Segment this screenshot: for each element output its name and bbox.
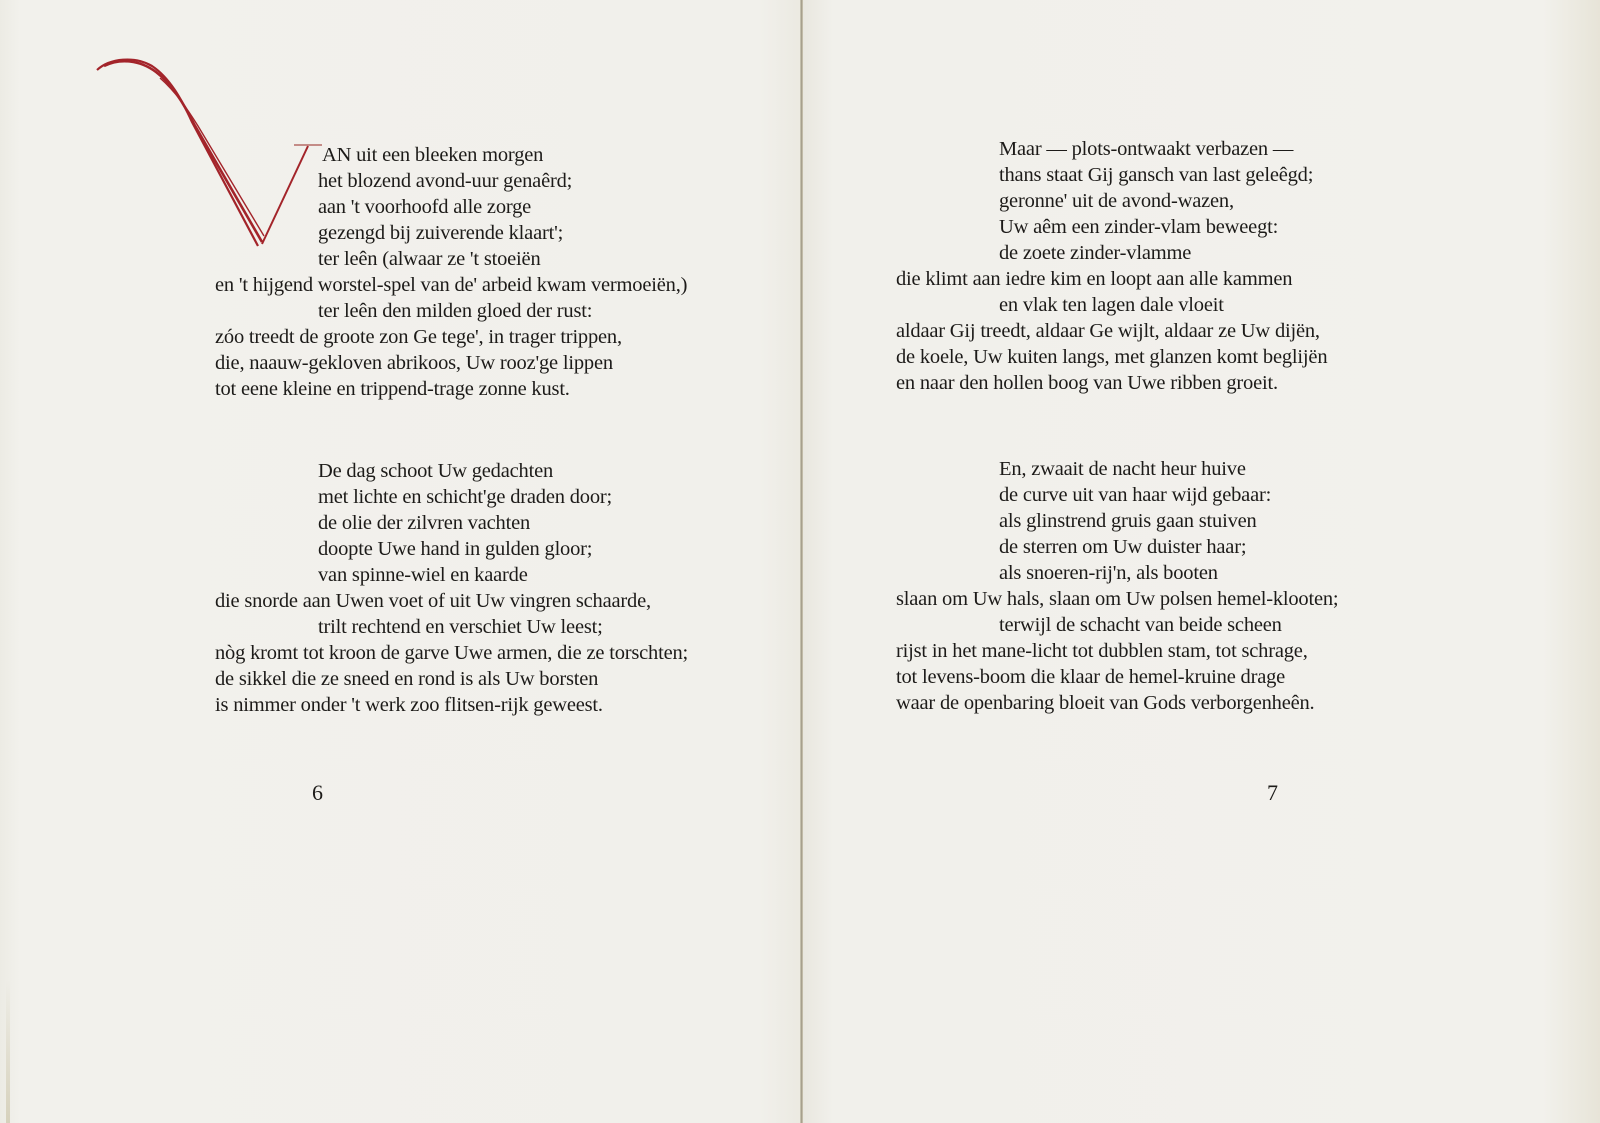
poem-line: ter leên den milden gloed der rust: — [318, 298, 592, 324]
poem-line: die klimt aan iedre kim en loopt aan all… — [896, 266, 1292, 292]
poem-line: als snoeren-rij'n, als booten — [999, 560, 1218, 586]
poem-line: en vlak ten lagen dale vloeit — [999, 292, 1224, 318]
poem-line: ter leên (alwaar ze 't stoeiën — [318, 246, 541, 272]
poem-line: AN uit een bleeken morgen — [322, 142, 543, 168]
page-number: 6 — [312, 780, 323, 806]
poem-line: slaan om Uw hals, slaan om Uw polsen hem… — [896, 586, 1338, 612]
poem-line: nòg kromt tot kroon de garve Uwe armen, … — [215, 640, 688, 666]
poem-line: die snorde aan Uwen voet of uit Uw vingr… — [215, 588, 651, 614]
poem-line: En, zwaait de nacht heur huive — [999, 456, 1246, 482]
poem-line: gezengd bij zuiverende klaart'; — [318, 220, 563, 246]
poem-line: terwijl de schacht van beide scheen — [999, 612, 1282, 638]
poem-line: waar de openbaring bloeit van Gods verbo… — [896, 690, 1314, 716]
poem-line: doopte Uwe hand in gulden gloor; — [318, 536, 592, 562]
poem-line: Maar — plots-ontwaakt verbazen — — [999, 136, 1293, 162]
poem-line: die, naauw-gekloven abrikoos, Uw rooz'ge… — [215, 350, 613, 376]
poem-line: thans staat Gij gansch van last geleêgd; — [999, 162, 1313, 188]
poem-line: de curve uit van haar wijd gebaar: — [999, 482, 1271, 508]
page-edge — [6, 980, 10, 1123]
poem-line: het blozend avond-uur genaêrd; — [318, 168, 572, 194]
poem-line: De dag schoot Uw gedachten — [318, 458, 553, 484]
poem-line: de sterren om Uw duister haar; — [999, 534, 1246, 560]
poem-line: van spinne-wiel en kaarde — [318, 562, 528, 588]
poem-line: als glinstrend gruis gaan stuiven — [999, 508, 1257, 534]
poem-line: geronne' uit de avond-wazen, — [999, 188, 1234, 214]
left-page: AN uit een bleeken morgen het blozend av… — [0, 0, 803, 1123]
poem-line: met lichte en schicht'ge draden door; — [318, 484, 612, 510]
poem-line: tot levens-boom die klaar de hemel-kruin… — [896, 664, 1285, 690]
poem-line: de koele, Uw kuiten langs, met glanzen k… — [896, 344, 1327, 370]
poem-line: Uw aêm een zinder-vlam beweegt: — [999, 214, 1278, 240]
poem-line: de olie der zilvren vachten — [318, 510, 530, 536]
poem-line: de zoete zinder-vlamme — [999, 240, 1191, 266]
poem-line: aan 't voorhoofd alle zorge — [318, 194, 531, 220]
book-spread: AN uit een bleeken morgen het blozend av… — [0, 0, 1600, 1123]
poem-line: zóo treedt de groote zon Ge tege', in tr… — [215, 324, 622, 350]
poem-line: tot eene kleine en trippend-trage zonne … — [215, 376, 570, 402]
right-page: Maar — plots-ontwaakt verbazen — thans s… — [803, 0, 1600, 1123]
poem-line: rijst in het mane-licht tot dubblen stam… — [896, 638, 1308, 664]
poem-line: aldaar Gij treedt, aldaar Ge wijlt, alda… — [896, 318, 1320, 344]
page-number: 7 — [1267, 780, 1278, 806]
poem-line: de sikkel die ze sneed en rond is als Uw… — [215, 666, 598, 692]
poem-line: trilt rechtend en verschiet Uw leest; — [318, 614, 603, 640]
poem-line: en naar den hollen boog van Uwe ribben g… — [896, 370, 1278, 396]
poem-line: is nimmer onder 't werk zoo flitsen-rijk… — [215, 692, 603, 718]
poem-line: en 't hijgend worstel-spel van de' arbei… — [215, 272, 687, 298]
